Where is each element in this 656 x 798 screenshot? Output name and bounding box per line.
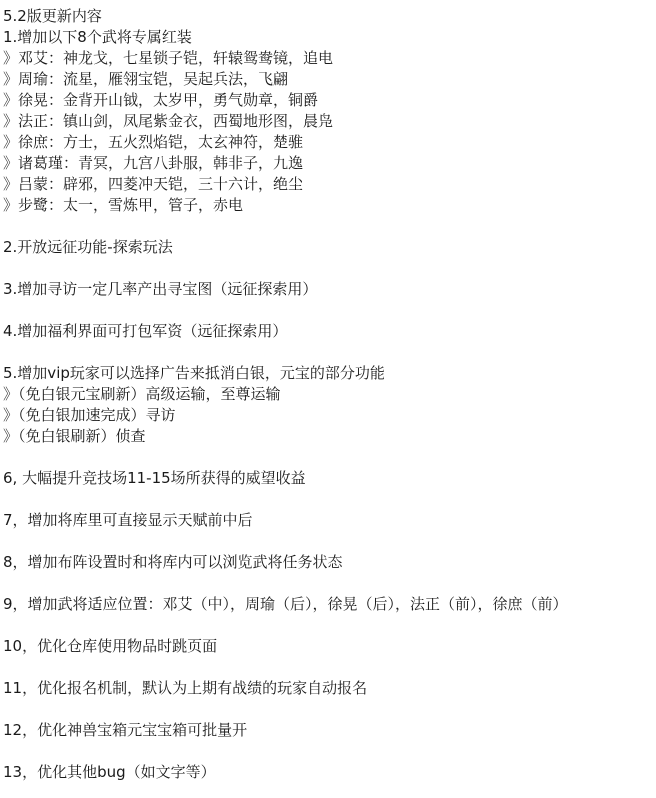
section-heading-6: 6, 大幅提升竞技场11-15场所获得的威望收益 xyxy=(3,468,656,489)
list-item: 》徐庶：方士，五火烈焰铠，太玄神符，楚骓 xyxy=(3,132,656,153)
section-heading-10: 10，优化仓库使用物品时跳页面 xyxy=(3,636,656,657)
blank-line xyxy=(3,741,656,762)
blank-line xyxy=(3,342,656,363)
document-title: 5.2版更新内容 xyxy=(3,6,656,27)
blank-line xyxy=(3,258,656,279)
list-item: 》（免白银加速完成）寻访 xyxy=(3,405,656,426)
blank-line xyxy=(3,699,656,720)
section-heading-3: 3.增加寻访一定几率产出寻宝图（远征探索用） xyxy=(3,279,656,300)
blank-line xyxy=(3,657,656,678)
list-item: 》邓艾：神龙戈，七星锁子铠，轩辕鸳鸯镜，追电 xyxy=(3,48,656,69)
blank-line xyxy=(3,615,656,636)
blank-line xyxy=(3,216,656,237)
list-item: 》周瑜：流星，雁翎宝铠，吴起兵法，飞翩 xyxy=(3,69,656,90)
section-heading-11: 11，优化报名机制，默认为上期有战绩的玩家自动报名 xyxy=(3,678,656,699)
blank-line xyxy=(3,489,656,510)
section-heading-9: 9，增加武将适应位置：邓艾（中），周瑜（后），徐晃（后），法正（前），徐庶（前） xyxy=(3,594,656,615)
section-heading-7: 7，增加将库里可直接显示天赋前中后 xyxy=(3,510,656,531)
section-heading-5: 5.增加vip玩家可以选择广告来抵消白银，元宝的部分功能 xyxy=(3,363,656,384)
section-heading-12: 12，优化神兽宝箱元宝宝箱可批量开 xyxy=(3,720,656,741)
list-item: 》法正：镇山剑，凤尾紫金衣，西蜀地形图，晨凫 xyxy=(3,111,656,132)
list-item: 》（免白银元宝刷新）高级运输，至尊运输 xyxy=(3,384,656,405)
update-notes-document: 5.2版更新内容 1.增加以下8个武将专属红装 》邓艾：神龙戈，七星锁子铠，轩辕… xyxy=(0,0,656,783)
list-item: 》步鹭：太一，雪炼甲，管子，赤电 xyxy=(3,195,656,216)
list-item: 》（免白银刷新）侦查 xyxy=(3,426,656,447)
blank-line xyxy=(3,300,656,321)
section-heading-13: 13，优化其他bug（如文字等） xyxy=(3,762,656,783)
section-heading-8: 8，增加布阵设置时和将库内可以浏览武将任务状态 xyxy=(3,552,656,573)
blank-line xyxy=(3,573,656,594)
section-heading-2: 2.开放远征功能-探索玩法 xyxy=(3,237,656,258)
list-item: 》吕蒙：辟邪，四菱冲天铠，三十六计，绝尘 xyxy=(3,174,656,195)
section-heading-1: 1.增加以下8个武将专属红装 xyxy=(3,27,656,48)
list-item: 》徐晃：金背开山钺，太岁甲，勇气勋章，铜爵 xyxy=(3,90,656,111)
blank-line xyxy=(3,447,656,468)
list-item: 》诸葛瑾：青冥，九宫八卦服，韩非子，九逸 xyxy=(3,153,656,174)
blank-line xyxy=(3,531,656,552)
section-heading-4: 4.增加福利界面可打包军资（远征探索用） xyxy=(3,321,656,342)
